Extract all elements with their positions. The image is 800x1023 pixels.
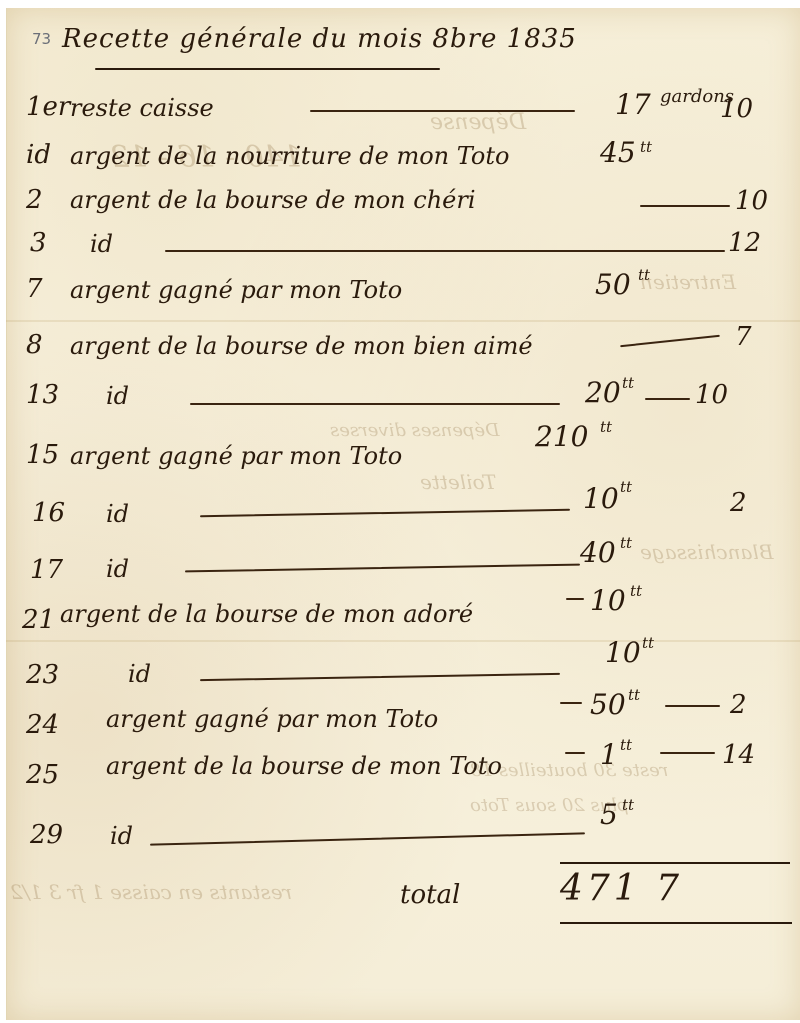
entry-day: 15 — [26, 440, 59, 470]
leader-line — [640, 205, 730, 207]
entry-description: argent gagné par mon Toto — [106, 705, 438, 733]
livres-mark: tt — [640, 138, 652, 156]
entry-sub-amount: 10 — [695, 380, 728, 410]
leader-line — [660, 752, 715, 754]
total-bottom-rule — [560, 922, 792, 924]
entry-description: argent de la bourse de mon adoré — [60, 600, 473, 628]
entry-amount: 210 — [535, 420, 588, 453]
entry-day: 16 — [32, 498, 65, 528]
entry-sub-amount: 14 — [722, 740, 755, 770]
livres-mark: tt — [630, 582, 642, 600]
folio-number: 73 — [32, 30, 51, 48]
bleed-through-text: Dépense — [430, 110, 526, 135]
livres-mark: tt — [620, 534, 632, 552]
entry-amount: 5 — [600, 798, 618, 831]
entry-description: argent de la nourriture de mon Toto — [70, 142, 509, 170]
leader-line — [560, 702, 582, 704]
entry-day: 2 — [26, 185, 43, 215]
entry-day: 24 — [26, 710, 59, 740]
entry-description: id — [106, 382, 129, 410]
entry-day: 3 — [30, 228, 47, 258]
entry-description: argent gagné par mon Toto — [70, 276, 402, 304]
entry-amount: 10 — [605, 636, 641, 669]
title-underline — [95, 68, 440, 70]
total-top-rule — [560, 862, 790, 864]
entry-description: reste caisse — [70, 94, 214, 122]
livres-mark: tt — [622, 374, 634, 392]
entry-amount: 10 — [583, 482, 619, 515]
bleed-through-text: Toilette — [420, 470, 496, 494]
livres-mark: tt — [620, 478, 632, 496]
leader-line — [310, 110, 575, 112]
page-title: Recette générale du mois 8bre 1835 — [62, 24, 577, 54]
entry-day: 23 — [26, 660, 59, 690]
leader-line — [565, 752, 585, 754]
entry-day: 29 — [30, 820, 63, 850]
leader-line — [665, 705, 720, 707]
bleed-through-text: restants en caisse 1 fr 3 1/2 — [10, 880, 292, 904]
bleed-through-text: Blanchissage — [640, 540, 773, 564]
paper-fold — [6, 320, 800, 322]
leader-line — [645, 398, 690, 400]
paper-fold — [6, 640, 800, 642]
leader-line — [165, 250, 725, 252]
entry-sub-amount: 2 — [730, 488, 747, 518]
entry-description: argent de la bourse de mon bien aimé — [70, 332, 533, 360]
livres-mark: tt — [622, 796, 634, 814]
entry-day: 17 — [30, 555, 63, 585]
leader-line — [566, 598, 584, 600]
entry-description: id — [90, 230, 113, 258]
entry-day: 1er — [26, 92, 70, 122]
entry-sub-amount: 7 — [735, 322, 752, 352]
entry-day: id — [26, 140, 51, 170]
entry-description: argent de la bourse de mon Toto — [106, 752, 502, 780]
entry-amount: 10 — [590, 584, 626, 617]
entry-amount: 45 — [600, 136, 636, 169]
livres-mark: tt — [600, 418, 612, 436]
entry-sub-amount: 10 — [735, 186, 768, 216]
entry-day: 8 — [26, 330, 43, 360]
bleed-through-text: Entretien — [640, 270, 736, 294]
entry-sub-amount: 12 — [728, 228, 761, 258]
total-label: total — [400, 880, 460, 910]
entry-description: argent de la bourse de mon chéri — [70, 186, 476, 214]
entry-description: id — [128, 660, 151, 688]
entry-amount: 50 — [595, 268, 631, 301]
entry-amount: 17 — [615, 88, 651, 121]
entry-day: 7 — [26, 274, 43, 304]
entry-amount: 20 — [585, 376, 621, 409]
livres-mark: tt — [642, 634, 654, 652]
entry-description: id — [106, 555, 129, 583]
entry-day: 13 — [26, 380, 59, 410]
livres-mark: tt — [620, 736, 632, 754]
total-value: 471 7 — [560, 868, 683, 909]
bleed-through-text: Dépenses diverses — [330, 420, 500, 441]
entry-description: id — [106, 500, 129, 528]
entry-sub-amount: 10 — [720, 94, 753, 124]
entry-description: argent gagné par mon Toto — [70, 442, 402, 470]
entry-description: id — [110, 822, 133, 850]
entry-sub-amount: 2 — [730, 690, 747, 720]
entry-amount: 1 — [600, 738, 618, 771]
entry-amount: 50 — [590, 688, 626, 721]
entry-day: 25 — [26, 760, 59, 790]
leader-line — [190, 403, 560, 405]
entry-day: 21 — [22, 605, 55, 635]
entry-amount: 40 — [580, 536, 616, 569]
livres-mark: tt — [628, 686, 640, 704]
livres-mark: tt — [638, 266, 650, 284]
